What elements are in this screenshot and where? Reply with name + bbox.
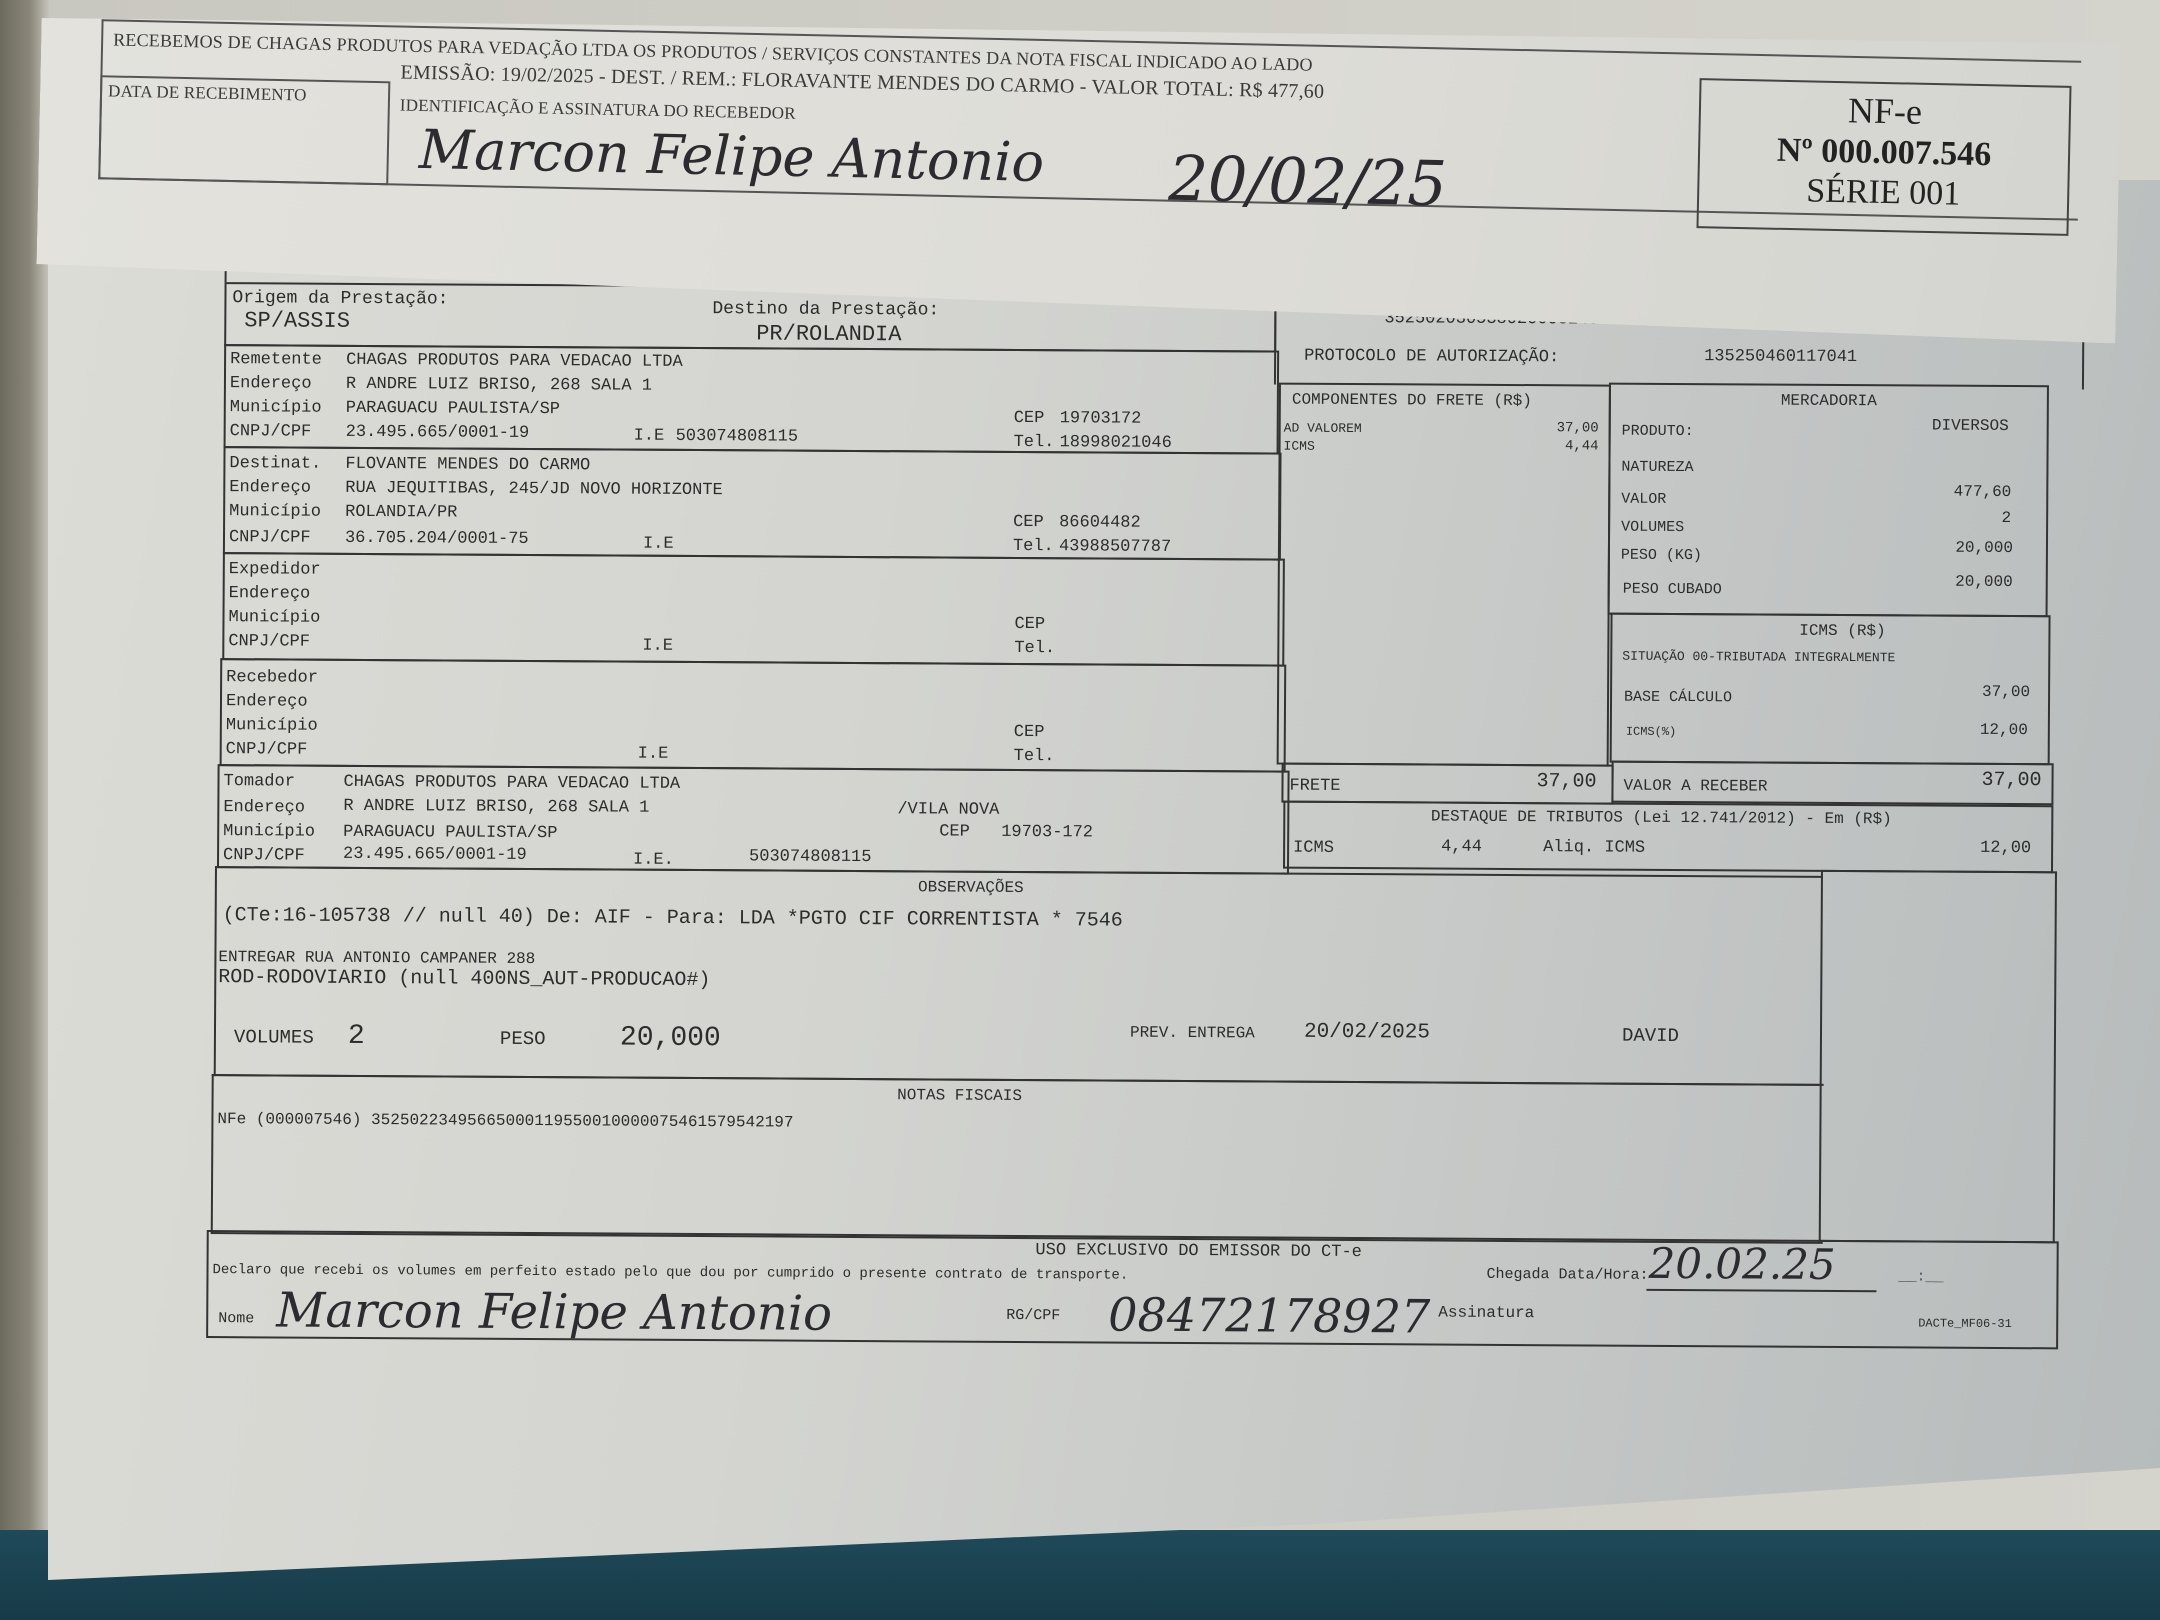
peso-value: 20,000 [1853,538,2013,557]
remetente-nome: CHAGAS PRODUTOS PARA VEDACAO LTDA [346,351,683,372]
icms-aliquota-value: 12,00 [1882,720,2028,739]
base-calculo-label: BASE CÁLCULO [1624,689,1732,707]
remetente-cep-label: CEP [1014,409,1045,428]
tomador-cnpj-label: CNPJ/CPF [223,846,305,865]
expedidor-cnpj-label: CNPJ/CPF [228,632,310,651]
chegada-hora-placeholder: __:__ [1898,1268,1943,1285]
componentes-title: COMPONENTES DO FRETE (R$) [1292,391,1532,410]
volumes-value: 2 [1853,508,2011,527]
destinatario-tel-label: Tel. [1013,537,1054,556]
valor-receber-value: 37,00 [1881,768,2041,792]
destinatario-municipio: ROLANDIA/PR [345,503,457,523]
tributos-aliq-label: Aliq. ICMS [1543,838,1645,858]
assinatura-label: Assinatura [1438,1304,1534,1323]
form-code: DACTe_MF06-31 [1918,1316,2012,1331]
uso-exclusivo-title: USO EXCLUSIVO DO EMISSOR DO CT-e [1035,1241,1362,1262]
protocolo-label: PROTOCOLO DE AUTORIZAÇÃO: [1304,347,1559,368]
tomador-ie: 503074808115 [749,847,872,867]
recebedor-label: Recebedor [226,668,318,688]
obs-volumes-label: VOLUMES [234,1026,314,1048]
tomador-bairro: /VILA NOVA [897,800,999,820]
observacoes-title: OBSERVAÇÕES [918,878,1024,897]
tomador-endereco: R ANDRE LUIZ BRISO, 268 SALA 1 [343,797,649,818]
destinatario-cnpj: 36.705.204/0001-75 [345,529,529,549]
natureza-label: NATUREZA [1621,459,1693,476]
peso-cubado-label: PESO CUBADO [1623,581,1722,599]
volumes-label: VOLUMES [1621,519,1684,536]
observacoes-line3: ROD-RODOVIARIO (null 400NS_AUT-PRODUCAO#… [218,966,710,992]
valor-value: 477,60 [1853,482,2011,501]
remetente-cep: 19703172 [1060,409,1142,428]
tomador-cep: 19703-172 [1001,823,1093,843]
chegada-handwritten-date: 20.02.25 [1648,1239,1835,1289]
dacte-document: Tipo do CT-e Tipo do Serviço CFOP - Natu… [198,210,2085,1351]
componente-label: ICMS [1284,439,1315,454]
valor-receber-label: VALOR A RECEBER [1623,777,1767,796]
obs-peso-label: PESO [500,1028,546,1050]
destinatario-endereco: RUA JEQUITIBAS, 245/JD NOVO HORIZONTE [345,479,723,500]
tomador-ie-label: I.E. [633,851,674,870]
tributos-title: DESTAQUE DE TRIBUTOS (Lei 12.741/2012) -… [1431,807,1892,828]
observacoes-line2: ENTREGAR RUA ANTONIO CAMPANER 288 [218,948,535,968]
rg-cpf-label: RG/CPF [1006,1307,1060,1324]
frete-label: FRETE [1289,777,1340,796]
rg-cpf-handwritten: 08472178927 [1108,1288,1430,1344]
chegada-label: Chegada Data/Hora: [1486,1266,1648,1284]
tomador-endereco-label: Endereço [223,798,305,817]
mercadoria-title: MERCADORIA [1781,392,1877,411]
peso-cubado-value: 20,000 [1853,572,2013,591]
motorista-name: DAVID [1622,1025,1679,1047]
destinatario-ie-label: I.E [643,535,674,554]
tributos-icms-label: ICMS [1293,839,1334,858]
tomador-cep-label: CEP [939,822,970,841]
nome-label: Nome [218,1310,254,1327]
remetente-tel-label: Tel. [1014,433,1055,452]
destinatario-label: Destinat. [229,454,321,474]
tomador-municipio: PARAGUACU PAULISTA/SP [343,823,557,843]
destinatario-cnpj-label: CNPJ/CPF [229,528,311,547]
canhoto-date-handwritten: 20/02/25 [1168,142,1448,221]
base-calculo-value: 37,00 [1882,682,2030,701]
nome-handwritten: Marcon Felipe Antonio [276,1282,832,1341]
prev-entrega-label: PREV. ENTREGA [1130,1024,1255,1043]
tomador-nome: CHAGAS PRODUTOS PARA VEDACAO LTDA [343,773,680,794]
remetente-cnpj-label: CNPJ/CPF [230,422,312,441]
remetente-municipio: PARAGUACU PAULISTA/SP [346,399,560,419]
valor-label: VALOR [1621,491,1666,508]
obs-peso-value: 20,000 [620,1023,721,1055]
remetente-ie-label: I.E [634,427,665,446]
componente-label: AD VALOREM [1284,421,1362,436]
recebedor-endereco-label: Endereço [226,692,308,711]
nota-fiscal-item: NFe (000007546) 352502234956650001195500… [217,1110,793,1132]
destinatario-nome: FLOVANTE MENDES DO CARMO [345,455,590,475]
nfe-serie: SÉRIE 001 [1699,170,2068,216]
notas-fiscais-title: NOTAS FISCAIS [897,1086,1022,1105]
expedidor-ie-label: I.E [642,637,673,656]
origem-label: Origem da Prestação: [232,288,448,309]
tomador-label: Tomador [223,772,295,791]
remetente-tel: 18998021046 [1060,433,1172,453]
frete-value: 37,00 [1471,770,1596,794]
observacoes-side-box [1819,870,2057,1243]
produto-label: PRODUTO: [1622,423,1694,440]
recebedor-municipio-label: Município [226,716,318,736]
icms-aliquota-label: ICMS(%) [1626,725,1677,739]
tributos-aliq-value: 12,00 [1881,838,2031,858]
remetente-ie: 503074808115 [676,427,799,447]
destinatario-cep-label: CEP [1013,513,1044,532]
produto-value: DIVERSOS [1854,416,2009,435]
remetente-endereco-label: Endereço [230,374,312,393]
expedidor-section [222,552,1285,666]
recebedor-section [220,658,1287,773]
expedidor-municipio-label: Município [228,608,320,628]
nfe-number-box: NF-e Nº 000.007.546 SÉRIE 001 [1696,78,2071,236]
remetente-label: Remetente [230,350,322,370]
prev-entrega-value: 20/02/2025 [1304,1021,1430,1045]
recebedor-cnpj-label: CNPJ/CPF [226,740,308,759]
recebedor-cep-label: CEP [1014,723,1045,742]
nfe-title: NF-e [1701,86,2070,136]
remetente-endereco: R ANDRE LUIZ BRISO, 268 SALA 1 [346,375,652,396]
destinatario-municipio-label: Município [229,502,321,522]
protocolo-value: 135250460117041 [1704,347,1857,367]
destino-label: Destino da Prestação: [712,299,939,320]
destinatario-tel: 43988507787 [1059,537,1171,557]
icms-situacao: SITUAÇÃO 00-TRIBUTADA INTEGRALMENTE [1622,649,1895,666]
nfe-number: Nº 000.007.546 [1700,130,2069,176]
componente-value: 4,44 [1504,438,1599,455]
expedidor-label: Expedidor [229,560,321,580]
obs-volumes-value: 2 [348,1021,365,1052]
data-recebimento-label: DATA DE RECEBIMENTO [108,81,307,105]
origem-value: SP/ASSIS [244,308,350,334]
destinatario-endereco-label: Endereço [229,478,311,497]
tributos-icms-value: 4,44 [1441,838,1482,857]
expedidor-tel-label: Tel. [1014,639,1055,658]
tomador-cnpj: 23.495.665/0001-19 [343,845,527,865]
tomador-municipio-label: Município [223,822,315,842]
icms-title: ICMS (R$) [1799,622,1886,641]
destino-value: PR/ROLANDIA [756,321,901,347]
remetente-municipio-label: Município [230,398,322,418]
destinatario-cep: 86604482 [1059,513,1141,532]
recebedor-ie-label: I.E [638,745,669,764]
componente-value: 37,00 [1504,420,1599,437]
remetente-cnpj: 23.495.665/0001-19 [346,423,530,443]
expedidor-cep-label: CEP [1014,615,1045,634]
peso-label: PESO (KG) [1621,547,1702,564]
recebedor-tel-label: Tel. [1014,747,1055,766]
canhoto-signature-handwritten: Marcon Felipe Antonio [418,118,1044,194]
expedidor-endereco-label: Endereço [229,584,311,603]
